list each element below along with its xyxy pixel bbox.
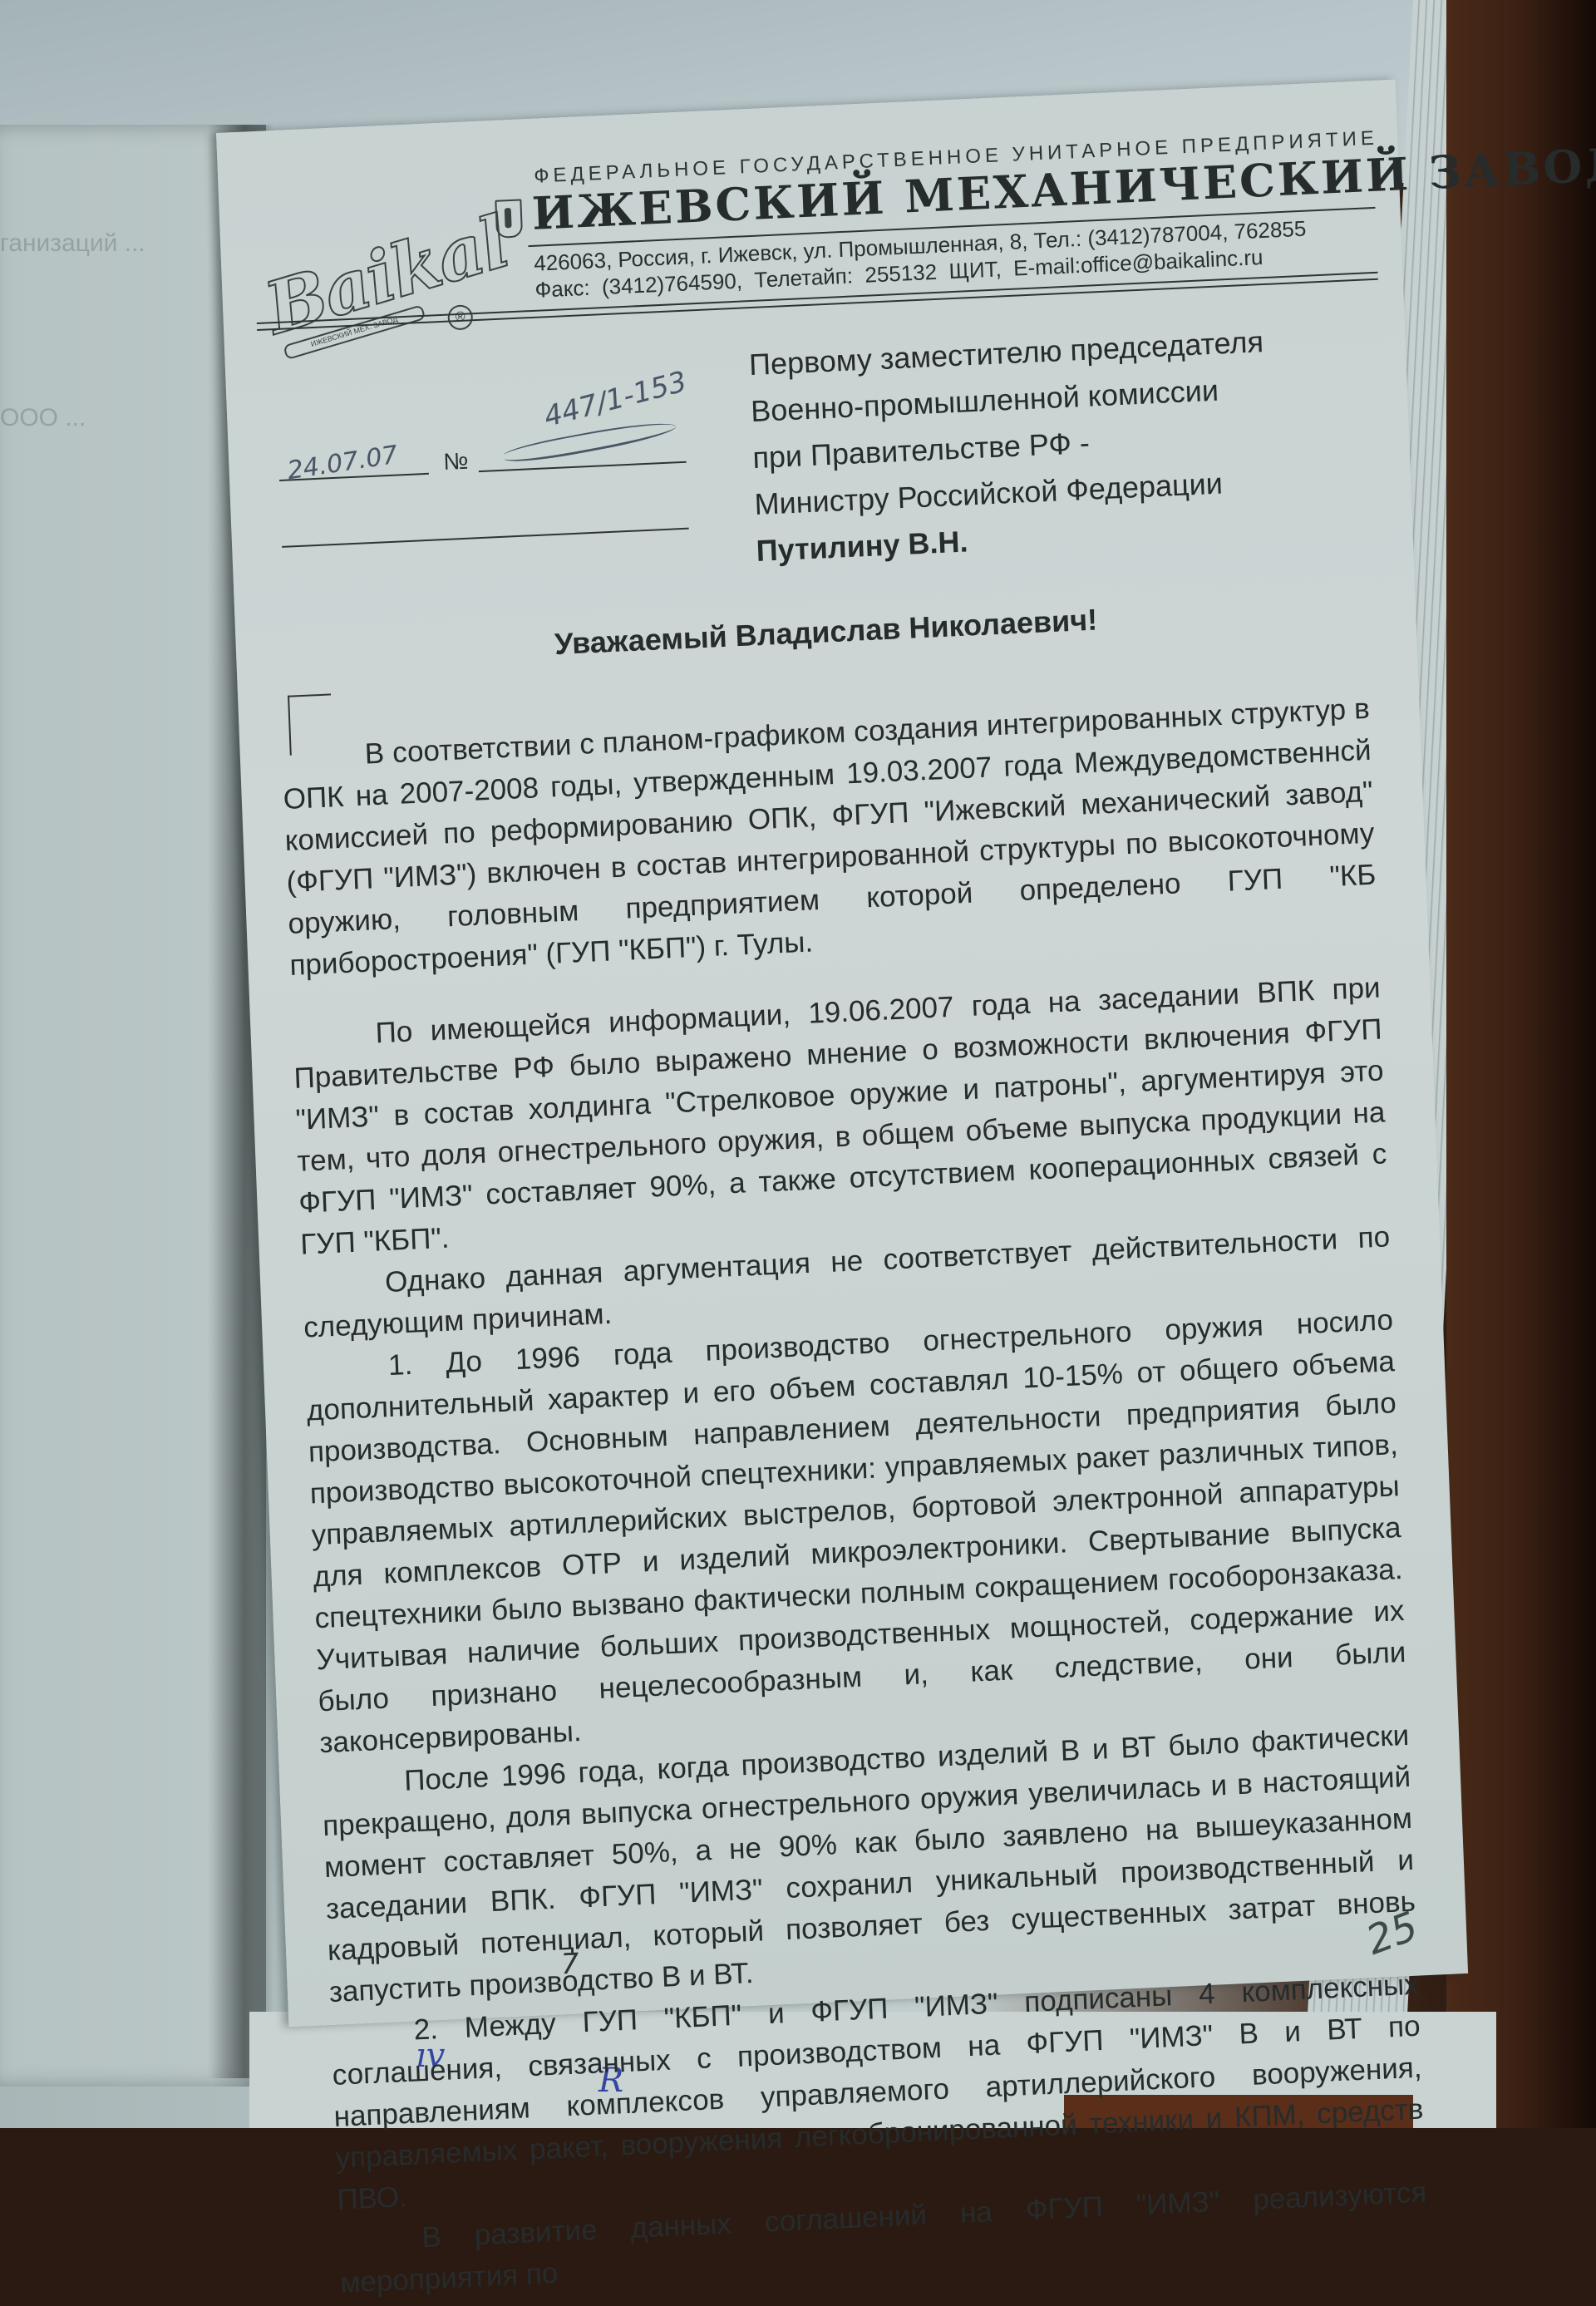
baikal-logo: Baikal ИЖЕВСКИЙ МЕХ. ЗАВОД ®	[254, 221, 474, 356]
reference-line	[282, 528, 689, 548]
letter-body: В соответствии с планом-графиком создани…	[281, 688, 1429, 2128]
letter-page: Baikal ИЖЕВСКИЙ МЕХ. ЗАВОД ® ФЕДЕРАЛЬНОЕ…	[216, 80, 1468, 2028]
salutation: Уважаемый Владислав Николаевич!	[235, 588, 1416, 676]
handwritten-page-number: 7	[560, 1947, 579, 1981]
number-underline	[479, 461, 687, 472]
crossed-out-number	[502, 416, 677, 467]
body-paragraph: 1. До 1996 года производство огнестрельн…	[304, 1299, 1408, 1764]
body-paragraph: По имеющейся информации, 19.06.2007 года…	[292, 968, 1389, 1266]
body-paragraph: В соответствии с планом-графиком создани…	[281, 688, 1378, 987]
wooden-desk	[1446, 0, 1596, 2128]
body-paragraph: После 1996 года, когда производство изде…	[320, 1715, 1417, 2013]
addressee-block: Первому заместителю председателя Военно-…	[748, 315, 1355, 574]
number-sign: №	[443, 448, 469, 475]
coat-of-arms-icon	[495, 199, 523, 238]
photo-background: ганизаций ... ООО ... ıv R Baikal ИЖЕВСК…	[0, 0, 1596, 2128]
